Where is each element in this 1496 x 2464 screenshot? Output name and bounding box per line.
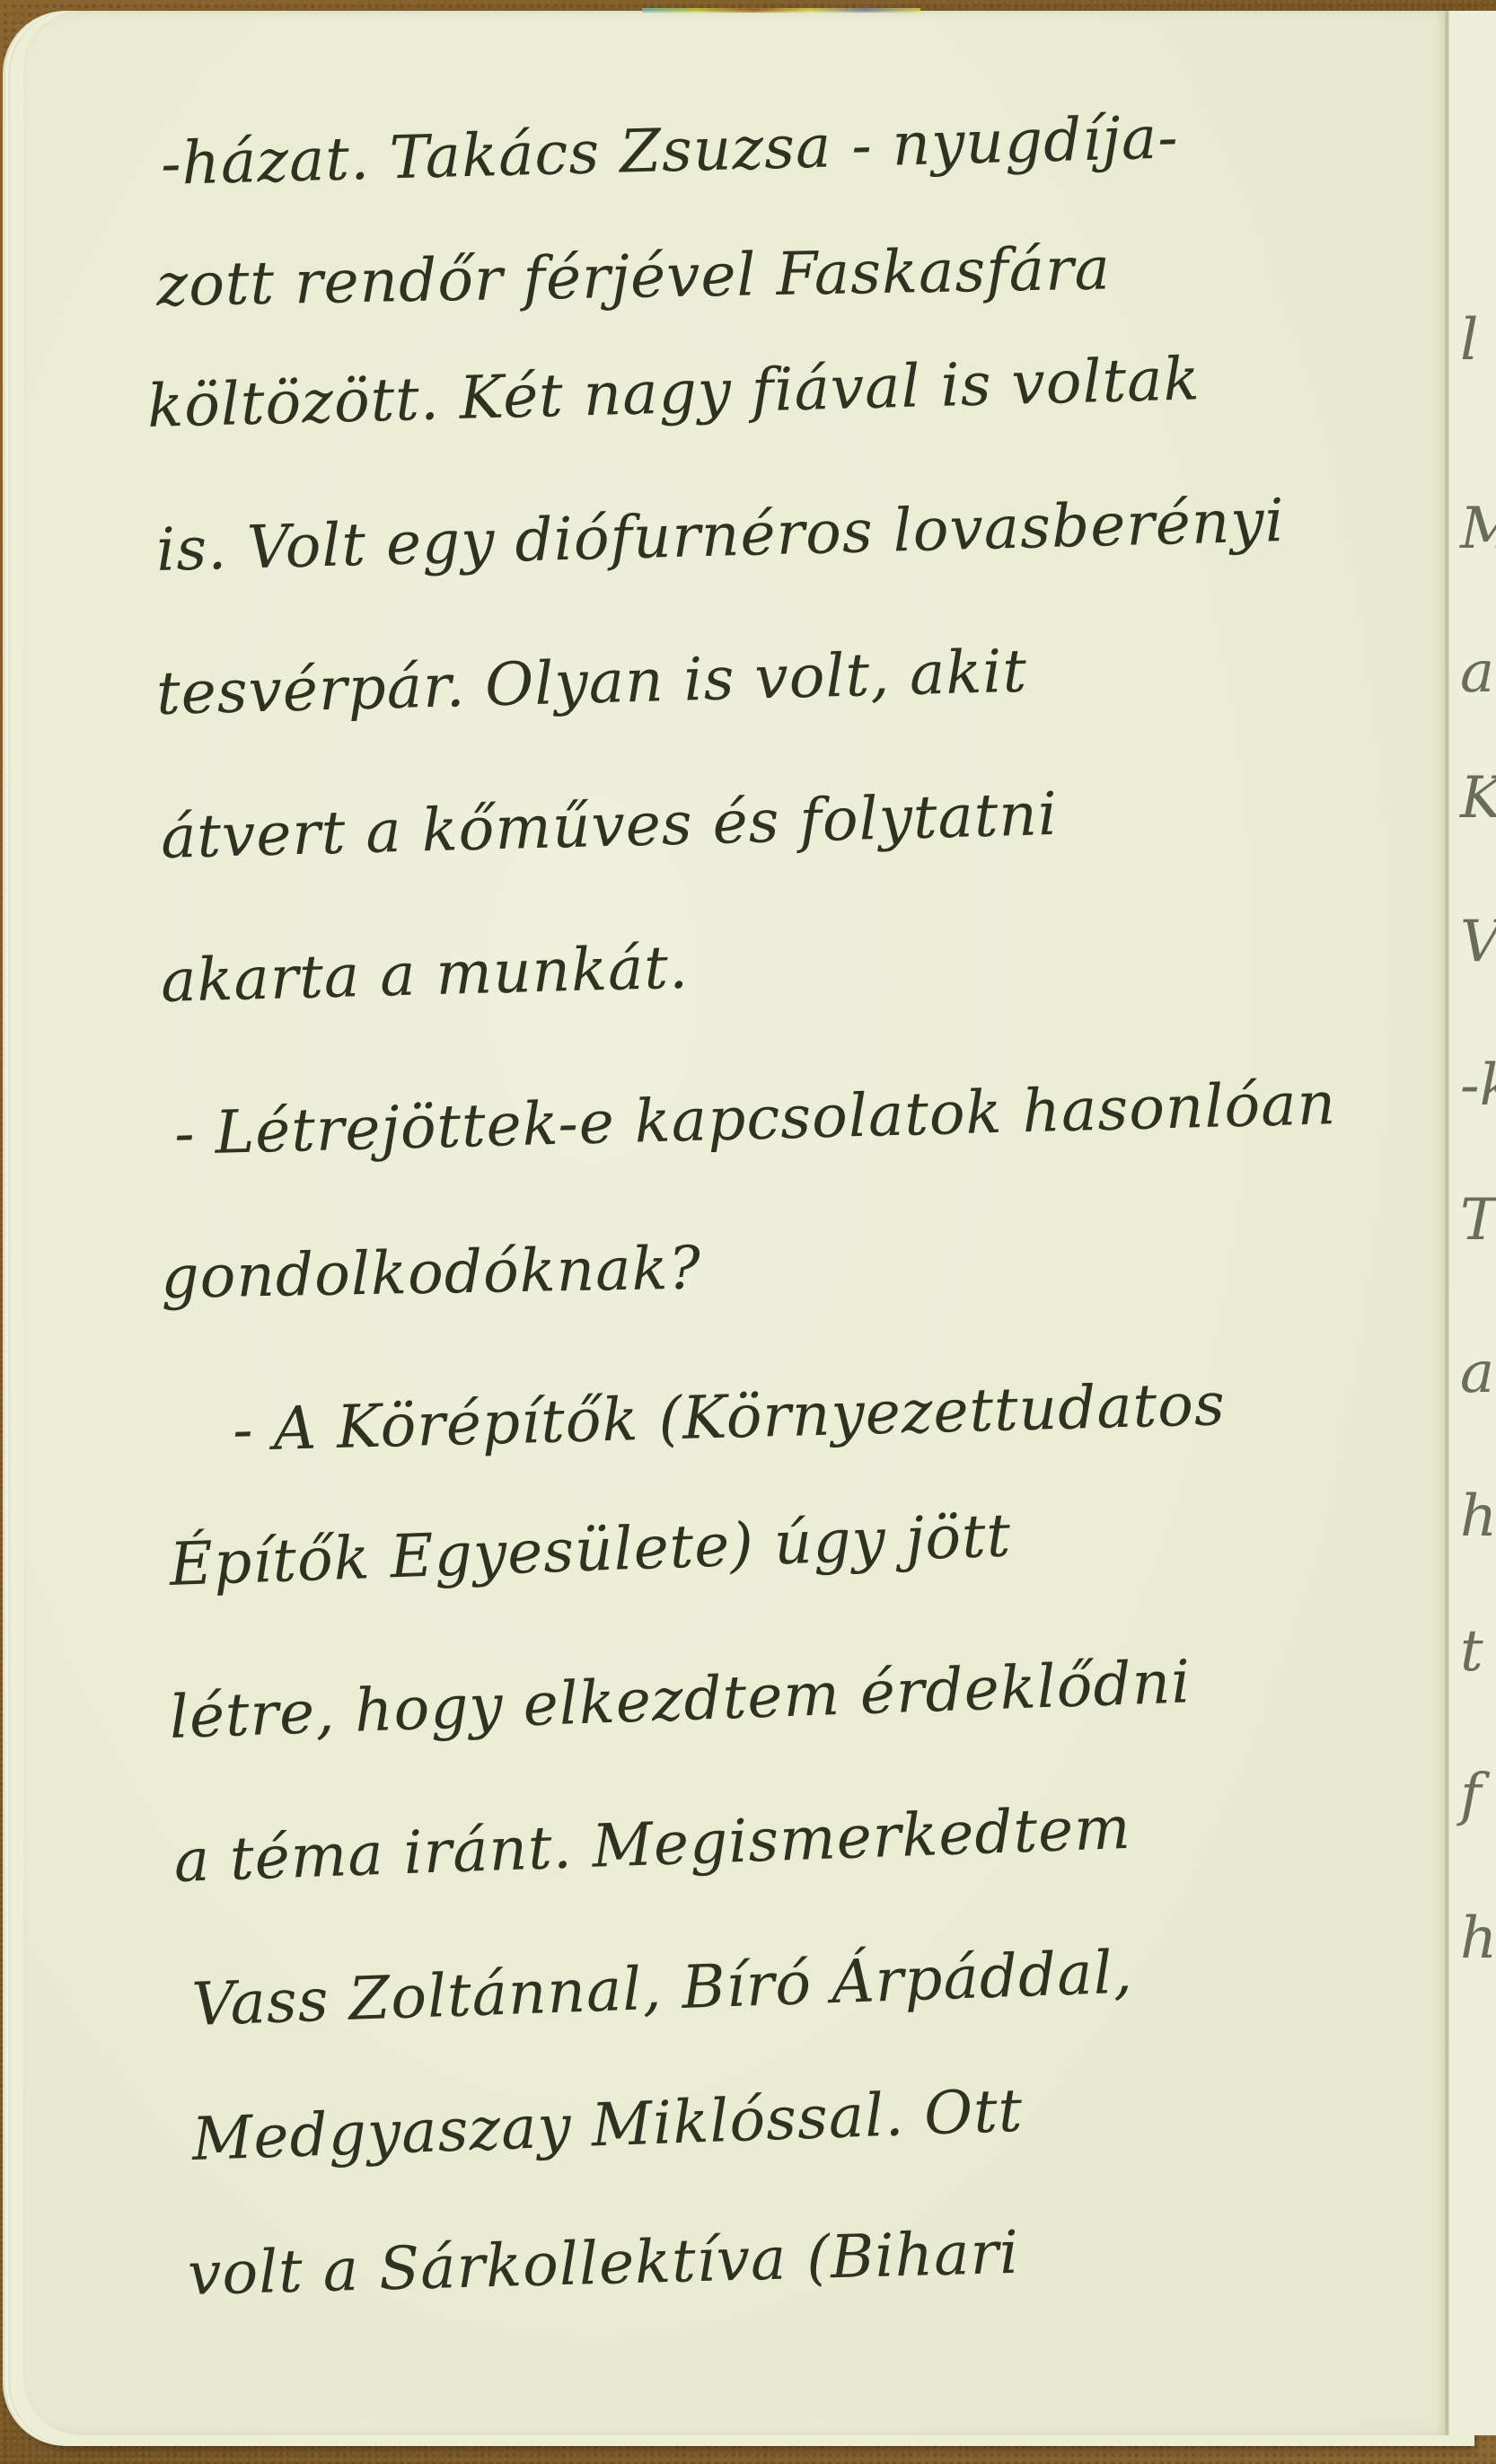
text-line: akarta a munkát. bbox=[160, 938, 689, 1011]
next-page-glyph: a bbox=[1460, 1340, 1494, 1406]
text-line: zott rendőr férjével Faskasfára bbox=[156, 239, 1112, 315]
next-page-glyph: t bbox=[1460, 1618, 1483, 1685]
next-page-glyph: K bbox=[1460, 765, 1496, 832]
next-page-glyph: T bbox=[1460, 1187, 1496, 1254]
next-page-glyph: l bbox=[1460, 307, 1478, 374]
page-marker-strip bbox=[642, 8, 920, 13]
next-page-glyph: -k bbox=[1460, 1052, 1496, 1119]
next-page-edge: l M a K V -k T a h t f h bbox=[1449, 11, 1496, 2435]
next-page-glyph: h bbox=[1460, 1905, 1496, 1972]
next-page-glyph: a bbox=[1460, 639, 1494, 706]
next-page-glyph: f bbox=[1460, 1762, 1482, 1828]
next-page-glyph: M bbox=[1460, 496, 1496, 562]
text-line: gondolkodóknak? bbox=[161, 1239, 702, 1307]
next-page-glyph: h bbox=[1460, 1483, 1496, 1550]
next-page-glyph: V bbox=[1460, 909, 1496, 975]
